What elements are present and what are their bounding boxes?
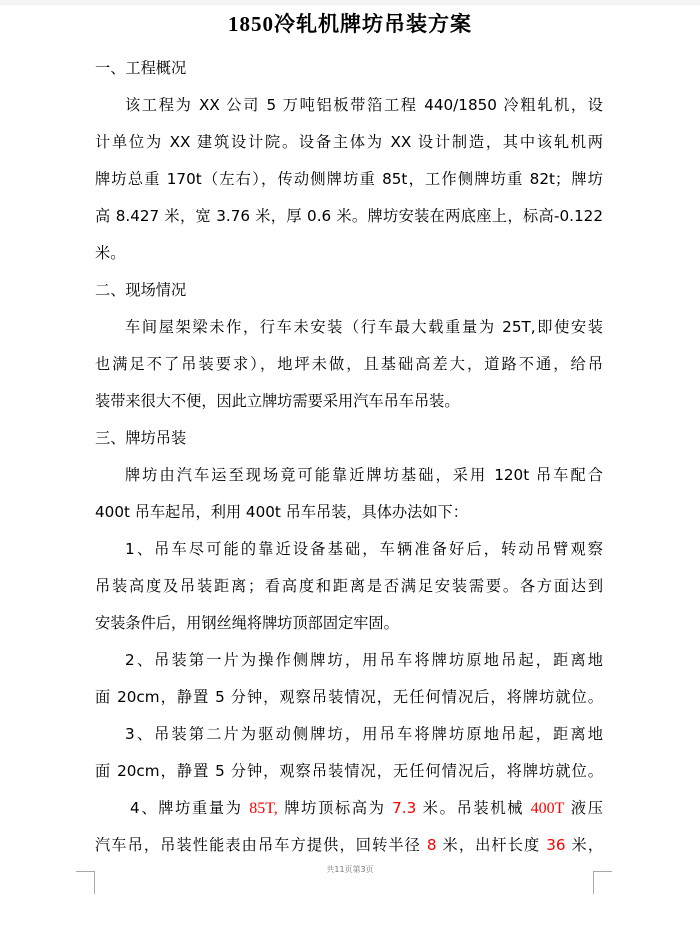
- document-page: 1850冷轧机牌坊吊装方案 一、工程概况 该工程为 XX 公司 5 万吨铝板带箔…: [0, 0, 700, 932]
- step-line: 1、吊车尽可能的靠近设备基础，车辆准备好后，转动吊臂观察: [95, 531, 603, 568]
- step-line: 3、吊装第二片为驱动侧牌坊，用吊车将牌坊原地吊起，距离地: [95, 716, 603, 753]
- highlight-boom-length: 36: [546, 836, 565, 854]
- highlight-crane-capacity: 400T: [531, 800, 565, 817]
- step-line: 吊装高度及吊装距离；看高度和距离是否满足安装需要。各方面达到: [95, 568, 603, 605]
- section-heading: 二、现场情况: [95, 272, 603, 309]
- step-line: 2、吊装第一片为操作侧牌坊，用吊车将牌坊原地吊起，距离地: [95, 642, 603, 679]
- paragraph-line: 该工程为 XX 公司 5 万吨铝板带箔工程 440/1850 冷粗轧机，设: [95, 87, 603, 124]
- paragraph-line: 车间屋架梁未作，行车未安装（行车最大载重量为 25T,即使安装: [95, 309, 603, 346]
- paragraph-line: 米。: [95, 235, 603, 272]
- document-body: 一、工程概况 该工程为 XX 公司 5 万吨铝板带箔工程 440/1850 冷粗…: [95, 50, 603, 864]
- text-run: 米，出杆长度: [437, 836, 547, 854]
- step-line: 面 20cm，静置 5 分钟，观察吊装情况，无任何情况后，将牌坊就位。: [95, 753, 603, 790]
- margin-corner-mark-right: [593, 871, 612, 894]
- paragraph-line: 计单位为 XX 建筑设计院。设备主体为 XX 设计制造，其中该轧机两: [95, 124, 603, 161]
- text-run: 液压: [564, 799, 603, 817]
- paragraph-line: 牌坊由汽车运至现场竟可能靠近牌坊基础，采用 120t 吊车配合: [95, 457, 603, 494]
- text-run: 米，: [566, 836, 603, 854]
- step-line: 安装条件后，用钢丝绳将牌坊顶部固定牢固。: [95, 605, 603, 642]
- paragraph-line: 牌坊总重 170t（左右），传动侧牌坊重 85t，工作侧牌坊重 82t；牌坊: [95, 161, 603, 198]
- margin-corner-mark-left: [76, 871, 95, 894]
- text-run: 牌坊顶标高为: [278, 799, 392, 817]
- highlight-radius: 8: [427, 836, 437, 854]
- highlight-elevation: 7.3: [392, 799, 416, 817]
- section-heading: 三、牌坊吊装: [95, 420, 603, 457]
- text-run: 4、牌坊重量为: [130, 799, 249, 817]
- paragraph-line: 也满足不了吊装要求），地坪未做，且基础高差大，道路不通，给吊: [95, 346, 603, 383]
- step-line: 面 20cm，静置 5 分钟，观察吊装情况，无任何情况后，将牌坊就位。: [95, 679, 603, 716]
- document-title: 1850冷轧机牌坊吊装方案: [0, 10, 700, 38]
- paragraph-line: 装带来很大不便，因此立牌坊需要采用汽车吊车吊装。: [95, 383, 603, 420]
- highlight-weight: 85T,: [249, 800, 278, 817]
- section-heading: 一、工程概况: [95, 50, 603, 87]
- paragraph-line: 高 8.427 米，宽 3.76 米，厚 0.6 米。牌坊安装在两底座上，标高-…: [95, 198, 603, 235]
- step-line-highlighted: 4、牌坊重量为 85T, 牌坊顶标高为 7.3 米。吊装机械 400T 液压: [95, 790, 603, 827]
- text-run: 米。吊装机械: [416, 799, 530, 817]
- text-run: 汽车吊，吊装性能表由吊车方提供，回转半径: [95, 836, 427, 854]
- paragraph-line: 400t 吊车起吊，利用 400t 吊车吊装，具体办法如下：: [95, 494, 603, 531]
- step-line-highlighted: 汽车吊，吊装性能表由吊车方提供，回转半径 8 米，出杆长度 36 米，: [95, 827, 603, 864]
